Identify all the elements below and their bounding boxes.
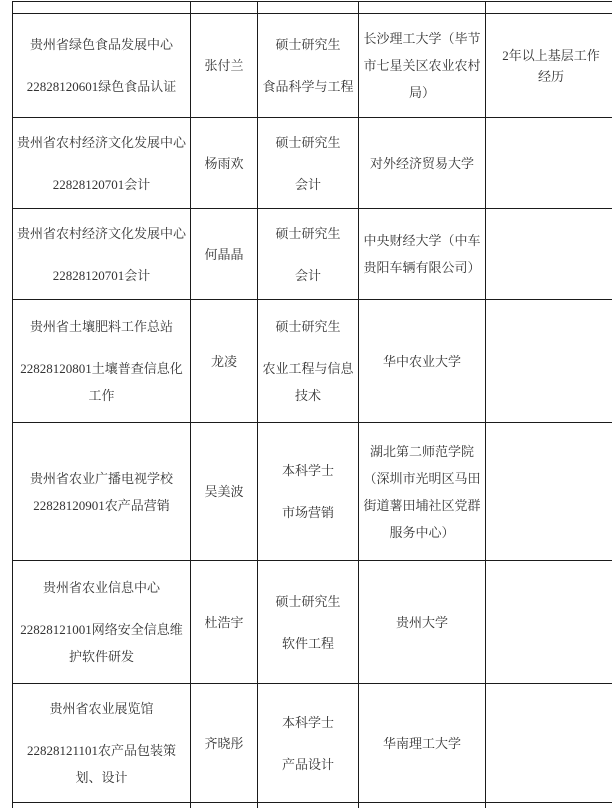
cell-line: 会计 <box>295 171 321 198</box>
position-cell: 贵州省农业信息中心22828121001网络安全信息维护软件研发 <box>12 560 190 683</box>
university-cell: 中央财经大学（中车贵阳车辆有限公司） <box>358 208 485 299</box>
education-cell: 硕士研究生软件工程 <box>257 560 358 683</box>
table-row: 贵州省绿色食品发展中心22828120601绿色食品认证张付兰硕士研究生食品科学… <box>12 13 612 117</box>
cell-line: 吴美波 <box>204 478 243 505</box>
cell-line: 2年以上基层工作经历 <box>498 45 604 87</box>
remark-cell <box>485 1 612 13</box>
cell-line: 贵州省农业展览馆 <box>49 695 153 722</box>
position-cell: 贵州省土壤肥料工作总站22828120801土壤普查信息化工作 <box>12 299 190 422</box>
cell-line: 食品科学与工程 <box>262 73 353 100</box>
remark-cell <box>485 802 612 808</box>
cell-line: 硕士研究生 <box>275 588 340 615</box>
document-page: 贵州省绿色食品发展中心22828120601绿色食品认证张付兰硕士研究生食品科学… <box>0 0 612 808</box>
table-row: 贵州省农业信息中心22828121001网络安全信息维护软件研发杜浩宇硕士研究生… <box>12 560 612 683</box>
table-row: 贵州省土壤肥料工作总站22828120801土壤普查信息化工作龙凌硕士研究生农业… <box>12 299 612 422</box>
cell-line: 22828121001网络安全信息维护软件研发 <box>16 616 188 670</box>
position-cell: 贵州省绿色食品发展中心22828120601绿色食品认证 <box>12 13 190 117</box>
position-cell <box>12 1 190 13</box>
cell-line: 贵州省农村经济文化发展中心 <box>17 129 186 156</box>
education-cell: 本科学士产品设计 <box>257 683 358 802</box>
cell-line: 贵州省土壤肥料工作总站 <box>30 313 173 340</box>
university-cell: 湖北第二师范学院（深圳市光明区马田街道薯田埔社区党群服务中心） <box>358 422 485 560</box>
candidate-name-cell: 张付兰 <box>190 13 257 117</box>
cell-line: 贵州省农业信息中心 <box>43 574 160 601</box>
position-cell: 贵州省农业展览馆22828121101农产品包装策划、设计 <box>12 683 190 802</box>
education-cell: 硕士研究生会计 <box>257 208 358 299</box>
cell-line: 硕士研究生 <box>275 129 340 156</box>
remark-cell <box>485 560 612 683</box>
cell-line: 齐晓彤 <box>204 730 243 757</box>
education-cell <box>257 1 358 13</box>
position-cell <box>12 802 190 808</box>
cell-line: 张付兰 <box>204 52 243 79</box>
university-cell: 贵州大学 <box>358 560 485 683</box>
cell-line: 杜浩宇 <box>204 609 243 636</box>
candidate-name-cell: 吴美波 <box>190 422 257 560</box>
recruitment-table: 贵州省绿色食品发展中心22828120601绿色食品认证张付兰硕士研究生食品科学… <box>12 1 612 808</box>
cell-line: 华南理工大学 <box>383 730 461 757</box>
candidate-name-cell: 杨雨欢 <box>190 117 257 208</box>
education-cell: 硕士研究生食品科学与工程 <box>257 13 358 117</box>
cell-line: 贵州省农村经济文化发展中心 <box>17 220 186 247</box>
cell-line: 软件工程 <box>282 630 334 657</box>
candidate-name-cell: 齐晓彤 <box>190 683 257 802</box>
cell-line: 22828120701会计 <box>53 262 151 289</box>
education-cell <box>257 802 358 808</box>
cell-line: 22828120801土壤普查信息化工作 <box>16 355 188 409</box>
education-cell: 硕士研究生会计 <box>257 117 358 208</box>
candidate-name-cell <box>190 802 257 808</box>
cell-line: 长沙理工大学（毕节市七星关区农业农村局） <box>359 25 485 106</box>
cell-line: 硕士研究生 <box>275 31 340 58</box>
cell-line: 22828121101农产品包装策划、设计 <box>16 737 188 791</box>
position-cell: 贵州省农业广播电视学校22828120901农产品营销 <box>12 422 190 560</box>
remark-cell <box>485 683 612 802</box>
candidate-name-cell: 何晶晶 <box>190 208 257 299</box>
remark-cell: 2年以上基层工作经历 <box>485 13 612 117</box>
cell-line: 何晶晶 <box>204 241 243 268</box>
cell-line: 对外经济贸易大学 <box>370 150 474 177</box>
university-cell: 华南理工大学 <box>358 683 485 802</box>
remark-cell <box>485 299 612 422</box>
position-cell: 贵州省农村经济文化发展中心22828120701会计 <box>12 208 190 299</box>
cell-line: 华中农业大学 <box>383 348 461 375</box>
education-cell: 本科学士市场营销 <box>257 422 358 560</box>
table-row: 贵州省农业广播电视学校22828120901农产品营销吴美波本科学士市场营销湖北… <box>12 422 612 560</box>
university-cell: 对外经济贸易大学 <box>358 117 485 208</box>
table-row-partial-top <box>12 1 612 13</box>
cell-line: 贵州省绿色食品发展中心 <box>30 31 173 58</box>
university-cell: 长沙理工大学（毕节市七星关区农业农村局） <box>358 13 485 117</box>
candidate-name-cell: 杜浩宇 <box>190 560 257 683</box>
cell-line: 硕士研究生 <box>275 220 340 247</box>
cell-line: 22828120601绿色食品认证 <box>27 73 177 100</box>
cell-line: 本科学士 <box>282 709 334 736</box>
candidate-name-cell: 龙凌 <box>190 299 257 422</box>
university-cell <box>358 1 485 13</box>
cell-line: 农业工程与信息技术 <box>258 355 358 409</box>
university-cell: 华中农业大学 <box>358 299 485 422</box>
cell-line: 中央财经大学（中车贵阳车辆有限公司） <box>359 227 485 281</box>
cell-line: 市场营销 <box>282 499 334 526</box>
cell-line: 湖北第二师范学院（深圳市光明区马田街道薯田埔社区党群服务中心） <box>359 438 485 546</box>
cell-line: 本科学士 <box>282 457 334 484</box>
remark-cell <box>485 208 612 299</box>
table-row: 贵州省农业展览馆22828121101农产品包装策划、设计齐晓彤本科学士产品设计… <box>12 683 612 802</box>
cell-line: 杨雨欢 <box>204 150 243 177</box>
table-row-partial-bottom <box>12 802 612 808</box>
table-row: 贵州省农村经济文化发展中心22828120701会计何晶晶硕士研究生会计中央财经… <box>12 208 612 299</box>
remark-cell <box>485 422 612 560</box>
education-cell: 硕士研究生农业工程与信息技术 <box>257 299 358 422</box>
cell-line: 硕士研究生 <box>275 313 340 340</box>
position-cell: 贵州省农村经济文化发展中心22828120701会计 <box>12 117 190 208</box>
cell-line: 贵州大学 <box>396 609 448 636</box>
table-row: 贵州省农村经济文化发展中心22828120701会计杨雨欢硕士研究生会计对外经济… <box>12 117 612 208</box>
cell-line: 贵州省农业广播电视学校22828120901农产品营销 <box>16 465 188 519</box>
cell-line: 产品设计 <box>282 751 334 778</box>
cell-line: 龙凌 <box>211 348 237 375</box>
university-cell <box>358 802 485 808</box>
candidate-name-cell <box>190 1 257 13</box>
cell-line: 会计 <box>295 262 321 289</box>
cell-line: 22828120701会计 <box>53 171 151 198</box>
remark-cell <box>485 117 612 208</box>
